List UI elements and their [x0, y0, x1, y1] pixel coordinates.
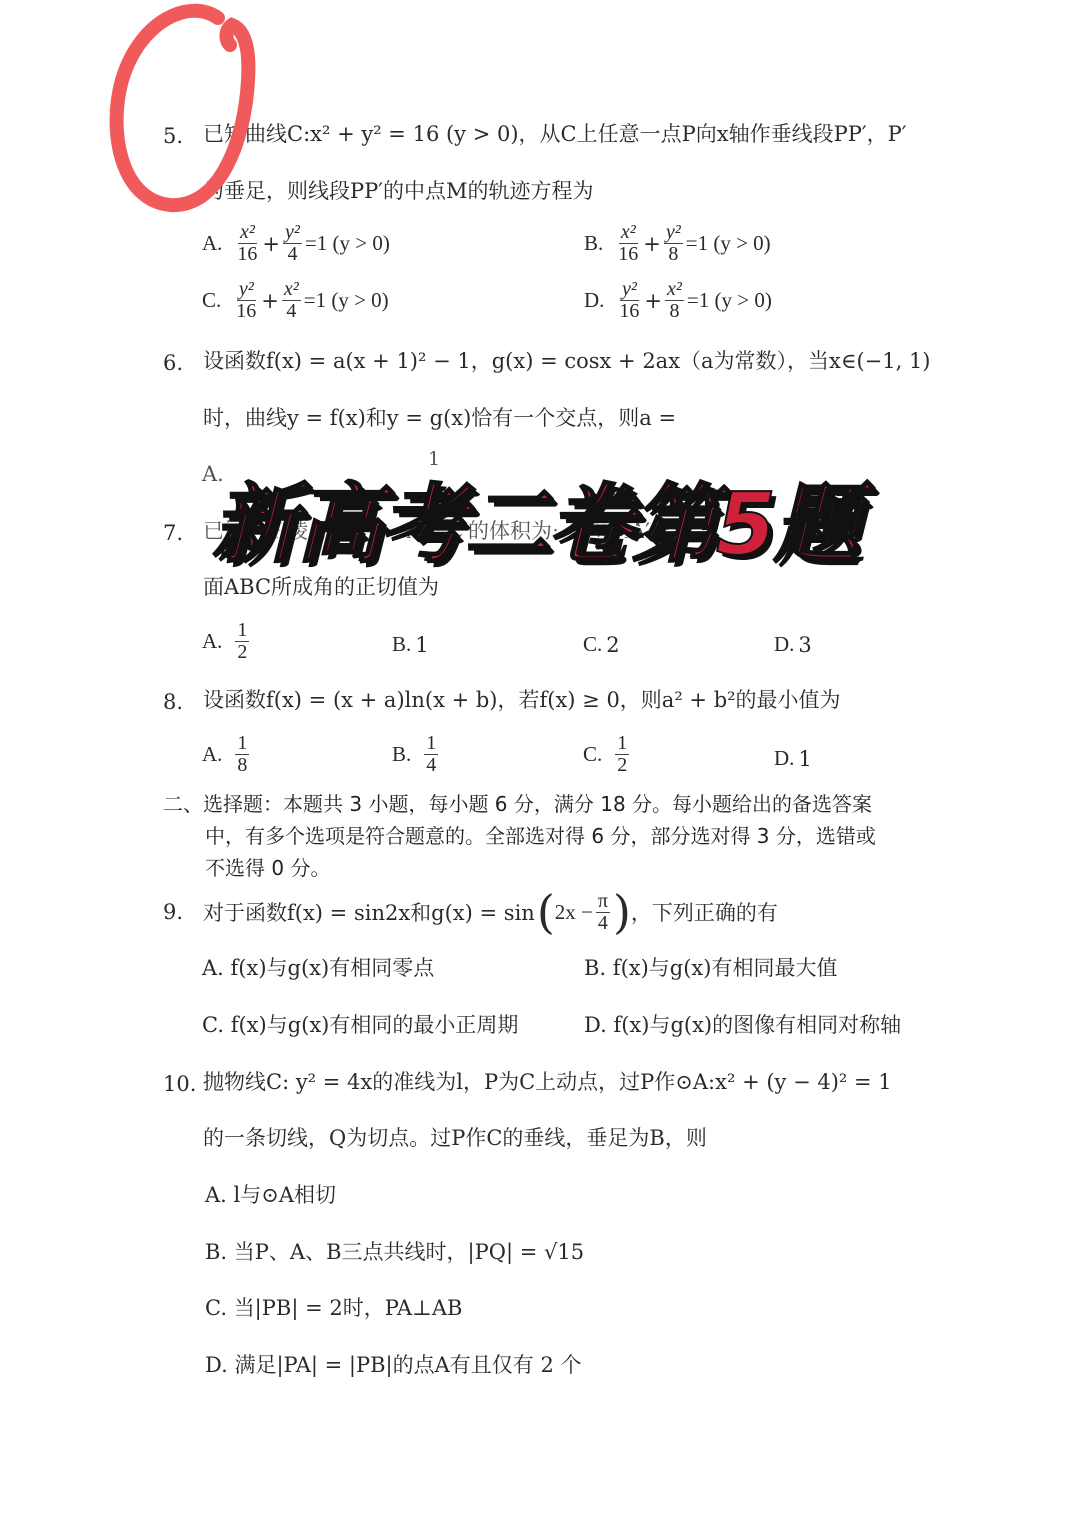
- fraction: y²4: [283, 222, 302, 265]
- numerator: x²: [282, 279, 301, 301]
- denominator: 4: [424, 755, 438, 776]
- fraction: y²16: [617, 279, 641, 322]
- denominator: 16: [617, 301, 641, 322]
- numerator: y²: [620, 279, 639, 301]
- option-b: B. x²16 + y²8 =1 (y > 0): [584, 222, 771, 265]
- numerator: x²: [665, 279, 684, 301]
- option-b: B. f(x)与g(x)有相同最大值: [584, 958, 837, 979]
- option-label: C.: [202, 1013, 224, 1037]
- option-a: A. l与⊙A相切: [205, 1185, 336, 1206]
- option-text: f(x)与g(x)的图像有相同对称轴: [613, 1013, 901, 1037]
- inner-expression: 2x −: [555, 900, 593, 925]
- option-c: C. 当|PB| = 2时，PA⊥AB: [205, 1298, 462, 1319]
- equation-tail: =1 (y > 0): [305, 231, 390, 256]
- option-label: D.: [584, 288, 604, 313]
- plus-sign: +: [644, 289, 662, 313]
- fraction: x²8: [665, 279, 684, 322]
- numerator: y²: [283, 222, 302, 244]
- equation-tail: =1 (y > 0): [686, 231, 771, 256]
- plus-sign: +: [262, 232, 280, 256]
- option-label: C.: [583, 632, 602, 657]
- option-value: 1: [415, 633, 428, 657]
- numerator: 1: [235, 620, 249, 642]
- numerator: x²: [619, 222, 638, 244]
- question-text-line: 抛物线C: y² = 4x的准线为l，P为C上动点，过P作⊙A:x² + (y …: [203, 1072, 892, 1093]
- option-b: B. 14: [392, 733, 441, 776]
- option-d: D. 3: [774, 632, 812, 657]
- option-d: D. 1: [774, 746, 812, 771]
- question-number: 6.: [163, 351, 183, 375]
- option-text: f(x)与g(x)有相同最大值: [613, 956, 838, 980]
- option-c: C. y²16 + x²4 =1 (y > 0): [202, 279, 389, 322]
- option-label: B.: [584, 956, 606, 980]
- red-circle-annotation-icon: [100, 0, 270, 220]
- fraction: y²8: [664, 222, 683, 265]
- fraction: x²16: [235, 222, 259, 265]
- option-c: C. 12: [583, 733, 632, 776]
- question-text-line: 设函数f(x) = a(x + 1)² − 1，g(x) = cosx + 2a…: [203, 351, 931, 372]
- left-paren: (: [537, 885, 555, 939]
- question-text: ，下列正确的有: [631, 897, 778, 927]
- option-a: A. 18: [202, 733, 252, 776]
- numerator: 1: [235, 733, 249, 755]
- option-label: D.: [774, 632, 794, 657]
- option-label: A.: [202, 629, 222, 654]
- denominator: 2: [615, 755, 629, 776]
- option-a: A. x²16 + y²4 =1 (y > 0): [202, 222, 390, 265]
- option-d: D. f(x)与g(x)的图像有相同对称轴: [584, 1015, 901, 1036]
- option-text: l与⊙A相切: [234, 1183, 336, 1207]
- option-value: 3: [798, 633, 811, 657]
- option-label: C.: [583, 742, 602, 767]
- section-line: 不选得 0 分。: [163, 852, 923, 884]
- question-number: 7.: [163, 521, 183, 545]
- option-label: B.: [584, 231, 603, 256]
- option-d: D. y²16 + x²8 =1 (y > 0): [584, 279, 772, 322]
- option-c: C. f(x)与g(x)有相同的最小正周期: [202, 1015, 518, 1036]
- option-text: 当|PB| = 2时，PA⊥AB: [234, 1296, 463, 1320]
- option-text: f(x)与g(x)有相同的最小正周期: [231, 1013, 519, 1037]
- question-text-line: 对于函数f(x) = sin2x和g(x) = sin ( 2x − π4 ) …: [203, 885, 778, 939]
- question-text-line: 已知曲线C:x² + y² = 16 (y > 0)，从C上任意一点P向x轴作垂…: [203, 124, 907, 145]
- denominator: 16: [235, 244, 259, 265]
- option-text: f(x)与g(x)有相同零点: [231, 956, 435, 980]
- equation-tail: =1 (y > 0): [304, 288, 389, 313]
- denominator: 4: [284, 301, 298, 322]
- option-label: A.: [202, 231, 222, 256]
- option-label: A.: [202, 742, 222, 767]
- option-label: C.: [202, 288, 221, 313]
- question-text: 对于函数f(x) = sin2x和g(x) = sin: [203, 897, 535, 927]
- fraction: π4: [596, 891, 610, 934]
- title-banner: 新高考二卷第5题: [212, 455, 858, 579]
- option-a: A. f(x)与g(x)有相同零点: [202, 958, 434, 979]
- fraction: 12: [235, 620, 249, 663]
- option-label: B.: [205, 1240, 227, 1264]
- fraction: y²16: [234, 279, 258, 322]
- option-value: 2: [606, 633, 619, 657]
- question-number: 10.: [163, 1072, 196, 1096]
- fraction: x²4: [282, 279, 301, 322]
- option-label: D.: [205, 1353, 228, 1377]
- option-label: B.: [392, 742, 411, 767]
- section-2-instructions: 二、选择题：本题共 3 小题，每小题 6 分，满分 18 分。每小题给出的备选答…: [163, 788, 923, 884]
- question-text-line: 面ABC所成角的正切值为: [203, 577, 439, 598]
- option-label: B.: [392, 632, 411, 657]
- numerator: π: [596, 891, 610, 913]
- fraction: 12: [615, 733, 629, 776]
- fraction: 18: [235, 733, 249, 776]
- numerator: y²: [237, 279, 256, 301]
- denominator: 4: [596, 913, 610, 934]
- section-line: 中，有多个选项是符合题意的。全部选对得 6 分，部分选对得 3 分，选错或: [163, 820, 923, 852]
- denominator: 8: [667, 301, 681, 322]
- question-number: 9.: [163, 900, 183, 924]
- option-text: 当P、A、B三点共线时，|PQ| = √15: [234, 1240, 584, 1264]
- option-d: D. 满足|PA| = |PB|的点A有且仅有 2 个: [205, 1355, 582, 1376]
- denominator: 8: [666, 244, 680, 265]
- option-label: A.: [205, 1183, 227, 1207]
- numerator: y²: [664, 222, 683, 244]
- fraction: 14: [424, 733, 438, 776]
- denominator: 8: [235, 755, 249, 776]
- option-label: D.: [774, 746, 794, 771]
- section-line: 二、选择题：本题共 3 小题，每小题 6 分，满分 18 分。每小题给出的备选答…: [163, 788, 923, 820]
- option-label: A.: [202, 956, 224, 980]
- question-number: 8.: [163, 690, 183, 714]
- right-paren: ): [613, 885, 631, 939]
- equation-tail: =1 (y > 0): [687, 288, 772, 313]
- denominator: 2: [235, 642, 249, 663]
- option-c: C. 2: [583, 632, 620, 657]
- question-text-line: 的一条切线，Q为切点。过P作C的垂线，垂足为B，则: [203, 1128, 707, 1149]
- question-text-line: 时，曲线y = f(x)和y = g(x)恰有一个交点，则a =: [203, 408, 676, 429]
- option-a: A. 12: [202, 620, 252, 663]
- option-b: B. 当P、A、B三点共线时，|PQ| = √15: [205, 1242, 584, 1263]
- numerator: x²: [238, 222, 257, 244]
- option-label: C.: [205, 1296, 227, 1320]
- option-label: D.: [584, 1013, 607, 1037]
- denominator: 4: [285, 244, 299, 265]
- numerator: 1: [615, 733, 629, 755]
- plus-sign: +: [643, 232, 661, 256]
- denominator: 16: [616, 244, 640, 265]
- denominator: 16: [234, 301, 258, 322]
- question-text-line: 设函数f(x) = (x + a)ln(x + b)，若f(x) ≥ 0，则a²…: [203, 690, 841, 711]
- option-text: 满足|PA| = |PB|的点A有且仅有 2 个: [234, 1353, 581, 1377]
- option-b: B. 1: [392, 632, 429, 657]
- option-value: 1: [798, 747, 811, 771]
- numerator: 1: [424, 733, 438, 755]
- fraction: x²16: [616, 222, 640, 265]
- plus-sign: +: [261, 289, 279, 313]
